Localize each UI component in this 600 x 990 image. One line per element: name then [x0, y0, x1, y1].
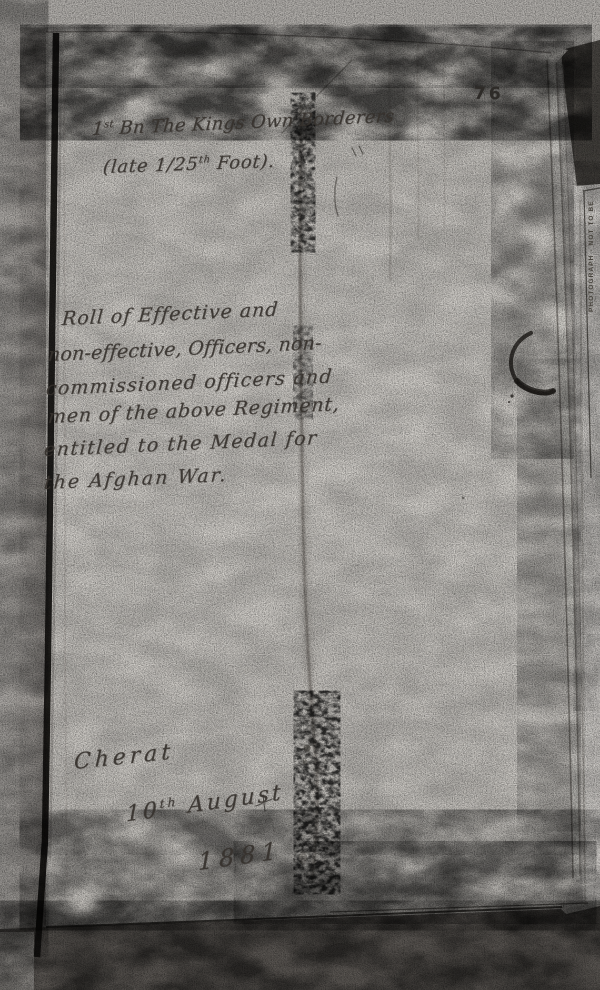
folio-number: 76: [474, 84, 504, 105]
header-late-rest: Foot).: [209, 151, 275, 174]
film-grain: [0, 0, 600, 990]
signoff-day-ordinal: th: [160, 795, 178, 812]
edge-stamp-text: PHOTOGRAPH - NOT TO BE: [588, 200, 595, 312]
header-late-title: (late 1/25: [102, 154, 199, 178]
texture-overlays: [0, 0, 600, 990]
signoff-day: 10: [126, 797, 160, 827]
photo-art-layer: [0, 0, 600, 990]
header-battalion-number: 1: [91, 118, 104, 140]
photographed-register-page: 76 1st Bn The Kings Own Borderers (late …: [0, 0, 600, 990]
